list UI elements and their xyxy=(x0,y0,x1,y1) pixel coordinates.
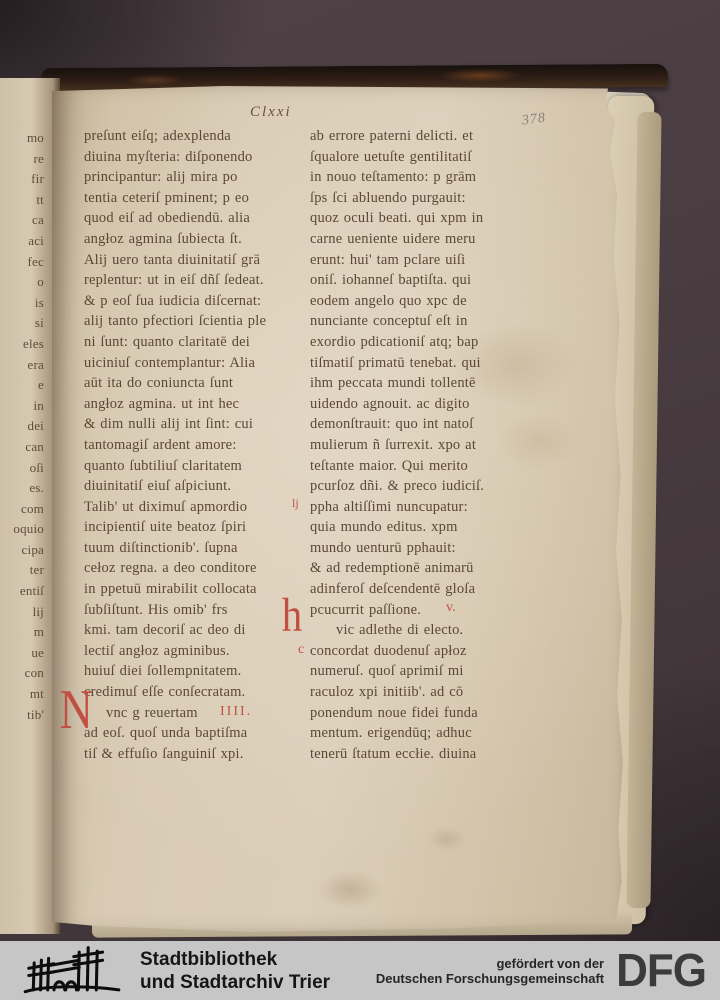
funding-line1: gefördert von der xyxy=(376,956,604,971)
text-line: quanto ſubtiliuſ claritatem xyxy=(84,456,304,477)
text-line: mt xyxy=(0,684,44,705)
text-line: si xyxy=(0,313,44,334)
text-line: lij xyxy=(0,602,44,623)
text-column-left: preſunt eiſq; adexplendadiuina myſteria:… xyxy=(84,126,304,764)
text-line: oniſ. iohanneſ baptiſta. qui xyxy=(310,270,532,291)
text-line: tiſmatiſ primatū tenebat. qui xyxy=(310,353,532,374)
text-line: & dim nulli alij int ſint: cui xyxy=(84,414,304,435)
text-line: in nouo teſtamento: p grām xyxy=(310,167,532,188)
red-margin-mark: lj xyxy=(292,496,299,511)
text-line: carne ueniente uidere meru xyxy=(310,229,532,250)
text-line: diuinitatiſ eiuſ aſpiciunt. xyxy=(84,476,304,497)
text-line: oſi xyxy=(0,458,44,479)
digitization-footer-bar: Stadtbibliothek und Stadtarchiv Trier ge… xyxy=(0,941,720,1000)
funding-line2: Deutschen Forschungsgemeinschaft xyxy=(376,971,604,986)
text-line: pcucurrit paſſione. xyxy=(310,600,532,621)
text-line: preſunt eiſq; adexplenda xyxy=(84,126,304,147)
text-line: e xyxy=(0,375,44,396)
text-line: principantur: alij mira po xyxy=(84,167,304,188)
red-numerals: IIII. xyxy=(220,704,252,720)
text-line: aūt ita do coniuncta ſunt xyxy=(84,373,304,394)
text-column-right: ab errore paterni delicti. etſqualore ue… xyxy=(310,126,532,764)
text-line: cełoz regna. a deo conditore xyxy=(84,558,304,579)
rubricated-initial-n: N xyxy=(60,682,93,738)
text-line: erunt: hui' tam pclare uiſi xyxy=(310,250,532,271)
text-line: aci xyxy=(0,231,44,252)
text-line: ca xyxy=(0,210,44,231)
text-line: com xyxy=(0,499,44,520)
text-line: lectiſ angłoz agminibus. xyxy=(84,641,304,662)
text-line: ppha altiſſimi nuncupatur: xyxy=(310,497,532,518)
text-line: nunciante conceptuſ eſt in xyxy=(310,311,532,332)
text-line: vic adlethe di electo. xyxy=(310,620,532,641)
text-line: mentum. erigendūq; adhuc xyxy=(310,723,532,744)
manuscript-page: Clxxi 378 preſunt eiſq; adexplendadiuina… xyxy=(52,86,624,932)
text-line: quoz oculi beati. qui xpm in xyxy=(310,208,532,229)
text-line: ni ſunt: quanto claritatē dei xyxy=(84,332,304,353)
text-line: eodem angelo quo xpc de xyxy=(310,291,532,312)
text-line: mulierum ñ ſurrexit. xpo at xyxy=(310,435,532,456)
text-line: tuum diſtinctionib'. ſupna xyxy=(84,538,304,559)
text-line: o xyxy=(0,272,44,293)
text-line: entiſ xyxy=(0,581,44,602)
text-line: oquio xyxy=(0,519,44,540)
rubricated-initial-h: h xyxy=(282,592,302,640)
text-line: & ad redemptionē animarū xyxy=(310,558,532,579)
text-line: uiciniuſ contemplantur: Alia xyxy=(84,353,304,374)
text-line: tenerū ſtatum eccłie. diuina xyxy=(310,744,532,765)
facing-page-sliver: morefirttcaacifecoissieleseraeindeicanoſ… xyxy=(0,78,60,934)
text-line: credimuſ eſſe conſecratam. xyxy=(84,682,304,703)
text-line: tib' xyxy=(0,705,44,726)
text-line: huiuſ diei ſollempnitatem. xyxy=(84,661,304,682)
text-line: ue xyxy=(0,643,44,664)
verso-line-endings: morefirttcaacifecoissieleseraeindeicanoſ… xyxy=(0,128,44,725)
text-line: demonſtrauit: quo int natoſ xyxy=(310,414,532,435)
library-name-line1: Stadtbibliothek xyxy=(140,948,330,971)
text-line: ihm peccata mundi tollentē xyxy=(310,373,532,394)
text-line: pcurſoz dñi. & preco iudiciſ. xyxy=(310,476,532,497)
text-line: can xyxy=(0,437,44,458)
text-line: fec xyxy=(0,252,44,273)
text-line: numeruſ. quoſ aprimiſ mi xyxy=(310,661,532,682)
text-line: es. xyxy=(0,478,44,499)
text-line: cipa xyxy=(0,540,44,561)
red-section-mark: v. xyxy=(446,600,456,616)
text-line: dei xyxy=(0,416,44,437)
stadtbibliothek-trier-logo-icon xyxy=(20,944,124,998)
text-line: ponendum noue fidei funda xyxy=(310,703,532,724)
text-line: ſubſiſtunt. His omib' frs xyxy=(84,600,304,621)
text-line: tentia ceteriſ pminent; p eo xyxy=(84,188,304,209)
text-line: con xyxy=(0,663,44,684)
dfg-logo: DFG xyxy=(616,944,706,997)
library-name-line2: und Stadtarchiv Trier xyxy=(140,971,330,994)
text-line: angłoz agmina ſubiecta ſt. xyxy=(84,229,304,250)
text-line: adinferoſ deſcendentē gloſa xyxy=(310,579,532,600)
text-line: tiſ & effuſio ſanguiniſ xpi. xyxy=(84,744,304,765)
text-line: raculoz xpi initiib'. ad cō xyxy=(310,682,532,703)
text-line: & p eoſ ſua iudicia diſcernat: xyxy=(84,291,304,312)
text-line: exordio pdicationiſ atq; bap xyxy=(310,332,532,353)
text-line: re xyxy=(0,149,44,170)
text-line: incipientiſ uite beatoz ſpiri xyxy=(84,517,304,538)
manuscript-scan-scene: morefirttcaacifecoissieleseraeindeicanoſ… xyxy=(0,0,720,1000)
text-line: mo xyxy=(0,128,44,149)
text-line: quod eiſ ad obediendū. alia xyxy=(84,208,304,229)
text-line: mundo uenturū pphauit: xyxy=(310,538,532,559)
text-line: in ppetuū mirabilit collocata xyxy=(84,579,304,600)
funding-credit: gefördert von der Deutschen Forschungsge… xyxy=(376,956,604,986)
text-line: diuina myſteria: diſponendo xyxy=(84,147,304,168)
text-line: era xyxy=(0,355,44,376)
text-line: m xyxy=(0,622,44,643)
text-line: teſtante maior. Qui merito xyxy=(310,456,532,477)
red-initial-touch: c xyxy=(298,642,304,658)
text-line: tt xyxy=(0,190,44,211)
text-line: vnc g reuertam xyxy=(84,703,304,724)
text-line: tantomagiſ ardent amore: xyxy=(84,435,304,456)
text-line: eles xyxy=(0,334,44,355)
text-line: Talib' ut diximuſ apmordio xyxy=(84,497,304,518)
text-line: fir xyxy=(0,169,44,190)
text-line: uidendo agnouit. ac digito xyxy=(310,394,532,415)
text-line: alij tanto pfectiori ſcientia ple xyxy=(84,311,304,332)
text-line: replentur: ut in eiſ dñſ ſedeat. xyxy=(84,270,304,291)
chapter-numeral: Clxxi xyxy=(250,104,292,121)
text-line: ter xyxy=(0,560,44,581)
text-line: ſqualore uetuſte gentilitatiſ xyxy=(310,147,532,168)
text-line: is xyxy=(0,293,44,314)
text-line: ad eoſ. quoſ unda baptiſma xyxy=(84,723,304,744)
text-line: ſps ſci abluendo purgauit: xyxy=(310,188,532,209)
text-line: angłoz agmina. ut int hec xyxy=(84,394,304,415)
text-line: quia mundo editus. xpm xyxy=(310,517,532,538)
library-name: Stadtbibliothek und Stadtarchiv Trier xyxy=(140,948,330,994)
text-line: kmi. tam decoriſ ac deo di xyxy=(84,620,304,641)
text-line: ab errore paterni delicti. et xyxy=(310,126,532,147)
text-line: Alij uero tanta diuinitatiſ grā xyxy=(84,250,304,271)
text-line: concordat duodenuſ apłoz xyxy=(310,641,532,662)
text-line: in xyxy=(0,396,44,417)
